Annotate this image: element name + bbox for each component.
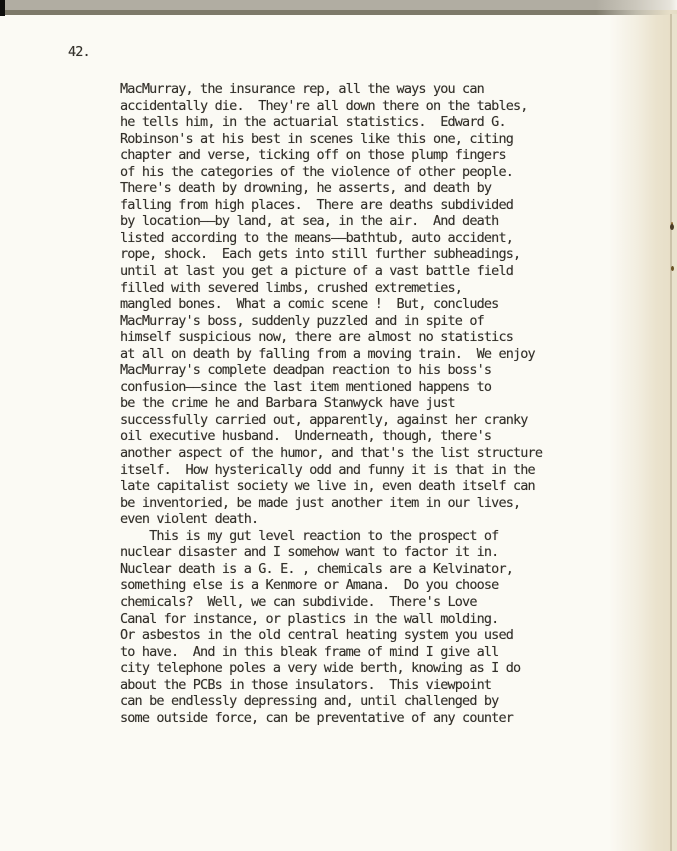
text-line: be the crime he and Barbara Stanwyck hav… — [120, 395, 560, 412]
text-line: rope, shock. Each gets into still furthe… — [120, 246, 560, 263]
text-body: MacMurray, the insurance rep, all the wa… — [120, 81, 560, 726]
text-line: oil executive husband. Underneath, thoug… — [120, 428, 560, 445]
page-number: 42. — [68, 44, 90, 60]
text-line: This is my gut level reaction to the pro… — [120, 528, 560, 545]
scan-corner-artifact — [0, 0, 5, 16]
scanner-background-strip — [0, 0, 677, 10]
text-line: until at last you get a picture of a vas… — [120, 263, 560, 280]
text-line: can be endlessly depressing and, until c… — [120, 693, 560, 710]
page-edge — [670, 14, 672, 851]
page-top-edge-shadow — [0, 10, 677, 15]
paragraph: MacMurray, the insurance rep, all the wa… — [120, 81, 560, 528]
text-line: MacMurray's complete deadpan reaction to… — [120, 362, 560, 379]
text-line: Nuclear death is a G. E. , chemicals are… — [120, 561, 560, 578]
scan-speck — [671, 266, 674, 271]
text-line: city telephone poles a very wide berth, … — [120, 660, 560, 677]
text-line: about the PCBs in those insulators. This… — [120, 677, 560, 694]
text-line: There's death by drowning, he asserts, a… — [120, 180, 560, 197]
text-line: himself suspicious now, there are almost… — [120, 329, 560, 346]
text-line: late capitalist society we live in, even… — [120, 478, 560, 495]
text-line: at all on death by falling from a moving… — [120, 346, 560, 363]
page-edge-margin — [672, 14, 677, 851]
text-line: successfully carried out, apparently, ag… — [120, 412, 560, 429]
text-line: to have. And in this bleak frame of mind… — [120, 644, 560, 661]
text-line: nuclear disaster and I somehow want to f… — [120, 544, 560, 561]
text-line: mangled bones. What a comic scene ! But,… — [120, 296, 560, 313]
text-line: some outside force, can be preventative … — [120, 710, 560, 727]
text-line: MacMurray's boss, suddenly puzzled and i… — [120, 313, 560, 330]
paragraph: This is my gut level reaction to the pro… — [120, 528, 560, 727]
text-line: chapter and verse, ticking off on those … — [120, 147, 560, 164]
text-line: he tells him, in the actuarial statistic… — [120, 114, 560, 131]
text-line: MacMurray, the insurance rep, all the wa… — [120, 81, 560, 98]
text-line: Robinson's at his best in scenes like th… — [120, 131, 560, 148]
scan-speck — [670, 224, 674, 230]
scanned-page: 42. MacMurray, the insurance rep, all th… — [0, 0, 677, 851]
text-line: filled with severed limbs, crushed extre… — [120, 280, 560, 297]
text-line: even violent death. — [120, 511, 560, 528]
text-line: chemicals? Well, we can subdivide. There… — [120, 594, 560, 611]
text-line: Canal for instance, or plastics in the w… — [120, 611, 560, 628]
text-line: accidentally die. They're all down there… — [120, 98, 560, 115]
text-line: of his the categories of the violence of… — [120, 164, 560, 181]
text-line: listed according to the means——bathtub, … — [120, 230, 560, 247]
text-line: something else is a Kenmore or Amana. Do… — [120, 577, 560, 594]
text-line: be inventoried, be made just another ite… — [120, 495, 560, 512]
text-line: another aspect of the humor, and that's … — [120, 445, 560, 462]
text-line: confusion——since the last item mentioned… — [120, 379, 560, 396]
text-line: itself. How hysterically odd and funny i… — [120, 462, 560, 479]
text-line: by location——by land, at sea, in the air… — [120, 213, 560, 230]
text-line: falling from high places. There are deat… — [120, 197, 560, 214]
text-line: Or asbestos in the old central heating s… — [120, 627, 560, 644]
